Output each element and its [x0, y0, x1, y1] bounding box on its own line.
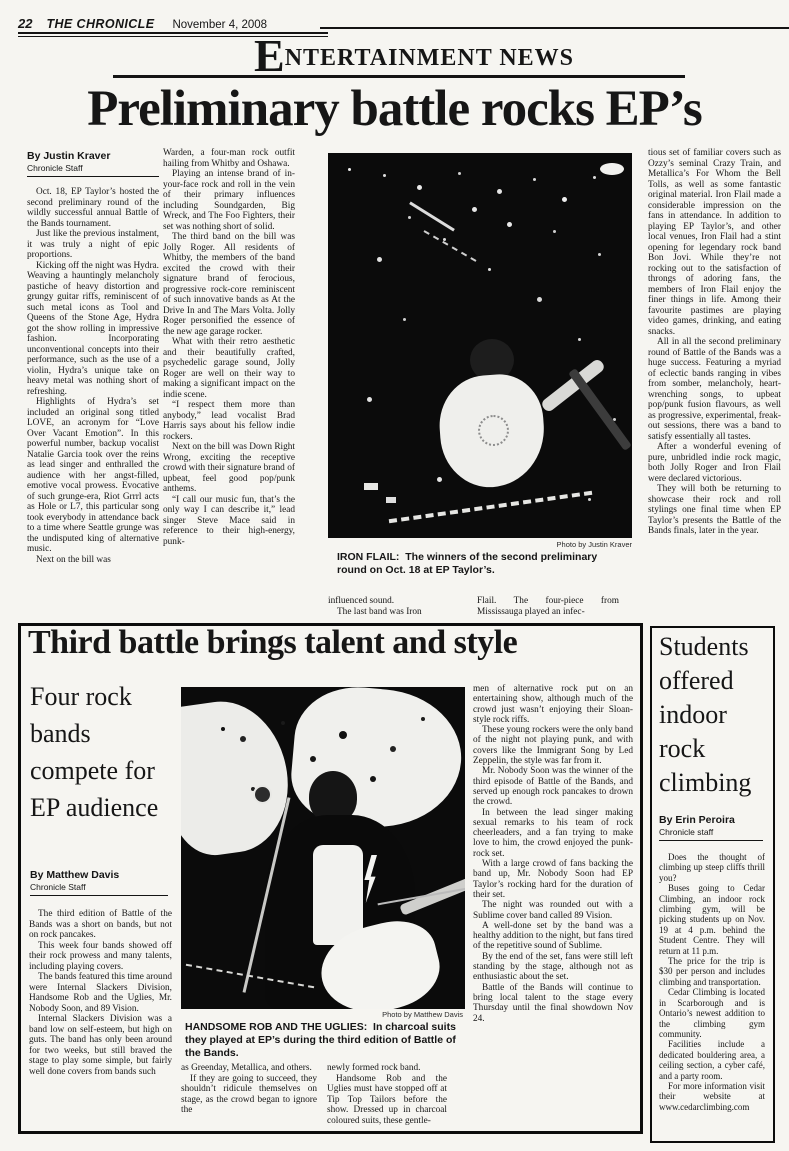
byline-org: Chronicle Staff: [27, 163, 159, 173]
body-paragraph: Warden, a four-man rock outfit hailing f…: [163, 148, 295, 169]
body-paragraph: If they are going to succeed, they shoul…: [181, 1074, 317, 1116]
page-number: 22: [18, 16, 32, 31]
body-paragraph: Handsome Rob and the Uglies must have st…: [327, 1074, 447, 1127]
article2-byline: By Matthew Davis Chronicle Staff: [30, 869, 168, 896]
body-paragraph: The price for the trip is $30 per person…: [659, 956, 765, 987]
shirt-logo-shape: [478, 415, 509, 446]
body-paragraph: newly formed rock band.: [327, 1063, 447, 1074]
body-paragraph: The night was rounded out with a Sublime…: [473, 900, 633, 921]
article1-continuation-left: influenced sound. The last band was Iron: [328, 596, 456, 620]
body-paragraph: The last band was Iron: [328, 607, 456, 618]
body-paragraph: What with their retro aesthetic and thei…: [163, 337, 295, 400]
body-paragraph: Just like the previous instalment, it wa…: [27, 229, 159, 261]
byline-author: By Erin Peroira: [659, 814, 763, 826]
body-paragraph: Kicking off the night was Hydra. Weaving…: [27, 261, 159, 398]
body-paragraph: Buses going to Cedar Climbing, an indoor…: [659, 883, 765, 956]
body-paragraph: The bands featured this time around were…: [29, 972, 172, 1014]
body-paragraph: After a wonderful evening of pure, unbri…: [648, 442, 781, 484]
sidebar-headline: Students offered indoor rock climbing: [659, 630, 769, 800]
byline-org: Chronicle Staff: [30, 882, 168, 892]
body-paragraph: Next on the bill was: [27, 555, 159, 566]
masthead-title: THE CHRONICLE: [46, 17, 154, 31]
article1-column-4: tious set of familiar covers such as Ozz…: [648, 148, 781, 618]
issue-date: November 4, 2008: [172, 19, 267, 31]
photo1-caption: IRON FLAIL: The winners of the second pr…: [337, 551, 629, 577]
caption-lead: HANDSOME ROB AND THE UGLIES:: [185, 1021, 367, 1033]
body-paragraph: All in all the second preliminary round …: [648, 337, 781, 442]
page-header: 22THE CHRONICLENovember 4, 2008: [18, 15, 758, 33]
body-paragraph: By the end of the set, fans were still l…: [473, 952, 633, 983]
body-paragraph: They will both be returning to showcase …: [648, 484, 781, 537]
byline-author: By Matthew Davis: [30, 869, 168, 881]
photo-highlight-shape: [364, 483, 378, 490]
article2-deck: Four rock bands compete for EP audience: [30, 678, 180, 826]
body-paragraph: Flail. The four-piece from Mississauga p…: [477, 596, 619, 617]
section-banner: ENTERTAINMENT NEWS: [254, 36, 574, 76]
photo-speckles-shape: [221, 727, 225, 731]
article2-column-1: The third edition of Battle of the Bands…: [29, 909, 172, 1127]
body-paragraph: Internal Slackers Division was a band lo…: [29, 1014, 172, 1077]
sidebar-box: Students offered indoor rock climbing By…: [650, 626, 775, 1143]
body-paragraph: In between the lead singer making sexual…: [473, 808, 633, 859]
body-paragraph: The third band on the bill was Jolly Rog…: [163, 232, 295, 337]
section-rule: [113, 75, 685, 78]
photo-speckles-shape: [348, 168, 351, 171]
newspaper-page: 22THE CHRONICLENovember 4, 2008 ENTERTAI…: [0, 0, 789, 1151]
sidebar-byline: By Erin Peroira Chronicle staff: [659, 814, 763, 841]
body-paragraph: influenced sound.: [328, 596, 456, 607]
main-headline: Preliminary battle rocks EP’s: [0, 80, 789, 138]
body-paragraph: These young rockers were the only band o…: [473, 725, 633, 766]
body-paragraph: men of alternative rock put on an entert…: [473, 684, 633, 725]
article2-box: Third battle brings talent and style Fou…: [18, 623, 643, 1134]
guitar-neck-shape: [568, 368, 632, 451]
iron-flail-stage-photo: [328, 153, 632, 538]
handsome-rob-stage-photo: [181, 687, 465, 1009]
body-paragraph: as Greenday, Metallica, and others.: [181, 1063, 317, 1074]
photo2-credit: Photo by Matthew Davis: [271, 1010, 463, 1019]
photo2-caption: HANDSOME ROB AND THE UGLIES: In charcoal…: [185, 1021, 465, 1060]
article1-byline: By Justin Kraver Chronicle Staff: [27, 150, 159, 177]
body-paragraph: Cedar Climbing is located in Scarborough…: [659, 987, 765, 1039]
body-paragraph: With a large crowd of fans backing the b…: [473, 859, 633, 900]
article1-continuation-right: Flail. The four-piece from Mississauga p…: [477, 596, 619, 620]
body-paragraph: Playing an intense brand of in-your-face…: [163, 169, 295, 232]
byline-org: Chronicle staff: [659, 827, 763, 837]
article2-continuation-left: as Greenday, Metallica, and others. If t…: [181, 1063, 317, 1129]
article2-continuation-right: newly formed rock band. Handsome Rob and…: [327, 1063, 447, 1129]
body-paragraph: Facilities include a dedicated boulderin…: [659, 1039, 765, 1081]
section-title: NTERTAINMENT NEWS: [285, 45, 574, 71]
photo1-credit: Photo by Justin Kraver: [437, 540, 632, 549]
body-paragraph: Oct. 18, EP Taylor’s hosted the second p…: [27, 187, 159, 229]
body-paragraph: “I respect them more than anybody,” lead…: [163, 400, 295, 442]
body-paragraph: The third edition of Battle of the Bands…: [29, 909, 172, 941]
website-url: For more information visit their website…: [659, 1081, 765, 1112]
sidebar-body: Does the thought of climbing up steep cl…: [659, 852, 765, 1136]
header-rule: [320, 27, 789, 29]
microphone-shape: [253, 785, 272, 804]
body-paragraph: Highlights of Hydra’s set included an or…: [27, 397, 159, 555]
stage-edge-shape: [389, 491, 593, 523]
body-paragraph: Battle of the Bands will continue to bri…: [473, 983, 633, 1024]
body-paragraph: Mr. Nobody Soon was the winner of the th…: [473, 766, 633, 807]
caption-lead: IRON FLAIL:: [337, 551, 399, 563]
body-paragraph: Does the thought of climbing up steep cl…: [659, 852, 765, 883]
body-paragraph: “I call our music fun, that’s the only w…: [163, 495, 295, 548]
body-paragraph: This week four bands showed off their ro…: [29, 941, 172, 973]
byline-author: By Justin Kraver: [27, 150, 159, 162]
photo-light-streak-shape: [424, 230, 477, 262]
article1-column-2: Warden, a four-man rock outfit hailing f…: [163, 148, 295, 618]
photo-highlight-shape: [386, 497, 396, 503]
body-paragraph: A well-done set by the band was a health…: [473, 921, 633, 952]
article1-column-1: Oct. 18, EP Taylor’s hosted the second p…: [27, 187, 159, 618]
body-paragraph: tious set of familiar covers such as Ozz…: [648, 148, 781, 337]
body-paragraph: Next on the bill was Down Right Wrong, e…: [163, 442, 295, 495]
article2-headline: Third battle brings talent and style: [28, 624, 517, 662]
stage-light-shape: [600, 163, 624, 175]
article2-column-3: men of alternative rock put on an entert…: [473, 684, 633, 1129]
section-initial: E: [254, 30, 285, 81]
photo-light-streak-shape: [409, 201, 455, 231]
